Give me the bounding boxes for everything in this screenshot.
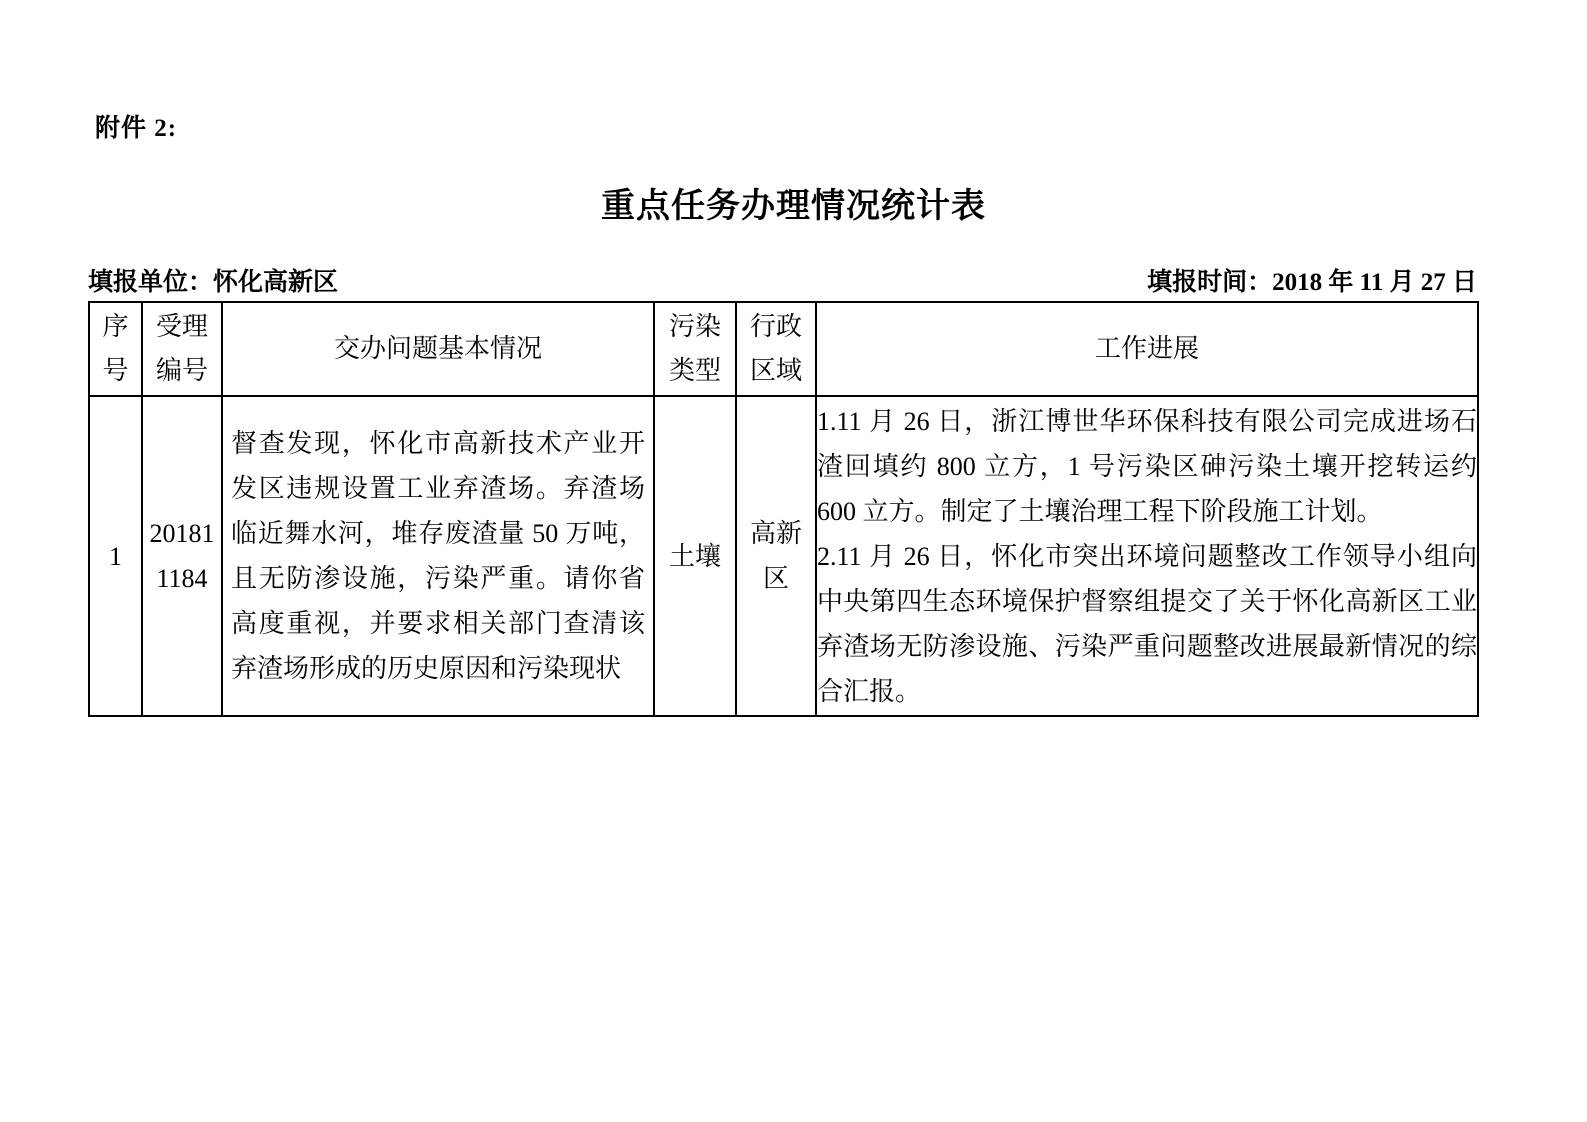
header-case-number: 受理 编号: [142, 302, 222, 396]
progress-item-2: 2.11 月 26 日，怀化市突出环境问题整改工作领导小组向中央第四生态环境保护…: [817, 534, 1477, 714]
cell-case-number: 20181 1184: [142, 396, 222, 716]
issue-text: 督查发现，怀化市高新技术产业开发区违规设置工业弃渣场。弃渣场临近舞水河，堆存废渣…: [223, 421, 653, 691]
cell-issue: 督查发现，怀化市高新技术产业开发区违规设置工业弃渣场。弃渣场临近舞水河，堆存废渣…: [222, 396, 654, 716]
header-index: 序 号: [89, 302, 142, 396]
attachment-label: 附件 2:: [95, 108, 177, 144]
header-pollution-type: 污染 类型: [654, 302, 736, 396]
header-region: 行政 区域: [736, 302, 816, 396]
cell-pollution-type: 土壤: [654, 396, 736, 716]
reporting-time-label: 填报时间：2018 年 11 月 27 日: [1147, 262, 1477, 298]
header-issue: 交办问题基本情况: [222, 302, 654, 396]
statistics-table: 序 号 受理 编号 交办问题基本情况 污染 类型 行政 区域 工作进展 1 20…: [88, 301, 1479, 717]
cell-progress: 1.11 月 26 日，浙江博世华环保科技有限公司完成进场石渣回填约 800 立…: [816, 396, 1478, 716]
report-meta-row: 填报单位：怀化高新区 填报时间：2018 年 11 月 27 日: [88, 262, 1477, 298]
table-row: 1 20181 1184 督查发现，怀化市高新技术产业开发区违规设置工业弃渣场。…: [89, 396, 1478, 716]
header-progress: 工作进展: [816, 302, 1478, 396]
table-header-row: 序 号 受理 编号 交办问题基本情况 污染 类型 行政 区域 工作进展: [89, 302, 1478, 396]
cell-index: 1: [89, 396, 142, 716]
progress-item-1: 1.11 月 26 日，浙江博世华环保科技有限公司完成进场石渣回填约 800 立…: [817, 399, 1477, 534]
reporting-unit-label: 填报单位：怀化高新区: [88, 262, 338, 298]
cell-region: 高新 区: [736, 396, 816, 716]
page-title: 重点任务办理情况统计表: [0, 178, 1587, 227]
document-page: 附件 2: 重点任务办理情况统计表 填报单位：怀化高新区 填报时间：2018 年…: [0, 0, 1587, 1122]
